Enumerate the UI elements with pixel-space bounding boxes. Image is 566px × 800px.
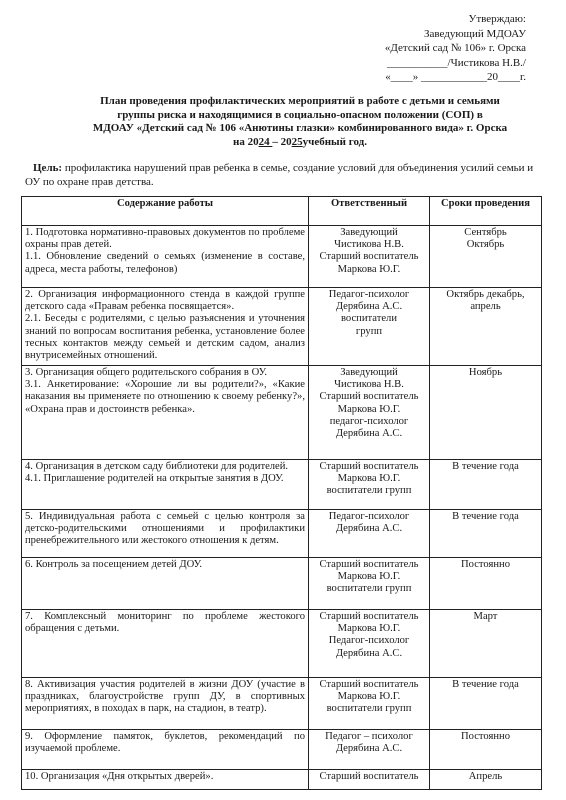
cell-terms: СентябрьОктябрь [430,226,542,288]
cell-responsible: Педагог – психологДерябина А.С. [309,730,430,770]
terms-line: В течение года [433,461,538,473]
cell-work: 1. Подготовка нормативно-правовых докуме… [22,226,309,288]
responsible-line: Маркова Ю.Г. [312,691,426,703]
goal-text: профилактика нарушений прав ребенка в се… [25,162,533,188]
cell-work: 5. Индивидуальная работа с семьей с цель… [22,510,309,558]
responsible-line: Старший воспитатель [312,251,426,263]
responsible-line: Дерябина А.С. [312,648,426,660]
cell-responsible: ЗаведующийЧистикова Н.В.Старший воспитат… [309,226,430,288]
cell-responsible: Старший воспитательМаркова Ю.Г.воспитате… [309,460,430,510]
title-line-year: на 2024 – 2025учебный год. [60,136,540,150]
terms-line: Апрель [433,771,538,783]
work-paragraph: 7. Комплексный мониторинг по проблеме же… [25,611,305,635]
terms-line: В течение года [433,511,538,523]
cell-responsible: Старший воспитательМаркова Ю.Г.воспитате… [309,678,430,730]
terms-line: В течение года [433,679,538,691]
plan-table: Содержание работы Ответственный Сроки пр… [21,196,542,790]
responsible-line: воспитатели групп [312,583,426,595]
table-row: 10. Организация «Дня открытых дверей».Ст… [22,770,542,790]
cell-work: 6. Контроль за посещением детей ДОУ. [22,558,309,610]
header-work: Содержание работы [22,197,309,226]
table-row: 8. Активизация участия родителей в жизни… [22,678,542,730]
table-row: 3. Организация общего родительского собр… [22,366,542,460]
header-terms: Сроки проведения [430,197,542,226]
terms-line: апрель [433,301,538,313]
table-row: 6. Контроль за посещением детей ДОУ.Стар… [22,558,542,610]
work-paragraph: 1.1. Обновление сведений о семьях (измен… [25,251,305,275]
table-row: 7. Комплексный мониторинг по проблеме же… [22,610,542,678]
terms-line: Сентябрь [433,227,538,239]
work-paragraph: 10. Организация «Дня открытых дверей». [25,771,305,783]
cell-work: 9. Оформление памяток, буклетов, рекомен… [22,730,309,770]
responsible-line: воспитатели групп [312,703,426,715]
cell-responsible: ЗаведующийЧистикова Н.В.Старший воспитат… [309,366,430,460]
cell-work: 4. Организация в детском саду библиотеки… [22,460,309,510]
work-paragraph: 6. Контроль за посещением детей ДОУ. [25,559,305,571]
approval-line: «Детский сад № 106» г. Орска [385,41,526,56]
approval-block: Утверждаю: Заведующий МДОАУ «Детский сад… [385,12,526,85]
responsible-line: Педагог-психолог [312,511,426,523]
responsible-line: Старший воспитатель [312,679,426,691]
title-line: МДОАУ «Детский сад № 106 «Анютины глазки… [60,122,540,136]
cell-responsible: Старший воспитательМаркова Ю.Г.воспитате… [309,558,430,610]
terms-line: Октябрь [433,239,538,251]
responsible-line: Дерябина А.С. [312,523,426,535]
table-row: 5. Индивидуальная работа с семьей с цель… [22,510,542,558]
approval-line: «____» ____________20____г. [385,70,526,85]
table-row: 1. Подготовка нормативно-правовых докуме… [22,226,542,288]
responsible-line: Дерябина А.С. [312,743,426,755]
approval-line: ___________/Чистикова Н.В./ [385,56,526,71]
responsible-line: Педагог-психолог [312,289,426,301]
work-paragraph: 3. Организация общего родительского собр… [25,367,305,379]
responsible-line: Педагог – психолог [312,731,426,743]
responsible-line: Старший воспитатель [312,461,426,473]
responsible-line: Старший воспитатель [312,771,426,783]
work-paragraph: 4.1. Приглашение родителей на открытые з… [25,473,305,485]
responsible-line: Маркова Ю.Г. [312,404,426,416]
approval-line: Заведующий МДОАУ [385,27,526,42]
cell-terms: Ноябрь [430,366,542,460]
document-title: План проведения профилактических меропри… [60,95,540,149]
cell-terms: Постоянно [430,730,542,770]
cell-responsible: Педагог-психологДерябина А.С. [309,510,430,558]
cell-terms: Март [430,610,542,678]
table-row: 2. Организация информационного стенда в … [22,288,542,366]
approval-line: Утверждаю: [385,12,526,27]
cell-work: 8. Активизация участия родителей в жизни… [22,678,309,730]
responsible-line: воспитатели [312,313,426,325]
cell-terms: Постоянно [430,558,542,610]
cell-work: 7. Комплексный мониторинг по проблеме же… [22,610,309,678]
cell-terms: В течение года [430,678,542,730]
terms-line: Постоянно [433,559,538,571]
cell-work: 2. Организация информационного стенда в … [22,288,309,366]
responsible-line: Маркова Ю.Г. [312,264,426,276]
cell-work: 10. Организация «Дня открытых дверей». [22,770,309,790]
work-paragraph: 5. Индивидуальная работа с семьей с цель… [25,511,305,548]
terms-line: Постоянно [433,731,538,743]
terms-line: Октябрь декабрь, [433,289,538,301]
responsible-line: групп [312,326,426,338]
cell-responsible: Старший воспитатель [309,770,430,790]
work-paragraph: 9. Оформление памяток, буклетов, рекомен… [25,731,305,755]
cell-terms: Октябрь декабрь,апрель [430,288,542,366]
goal-label: Цель: [25,162,62,174]
work-paragraph: 3.1. Анкетирование: «Хорошие ли вы родит… [25,379,305,416]
responsible-line: Педагог-психолог [312,635,426,647]
responsible-line: Дерябина А.С. [312,301,426,313]
cell-responsible: Педагог-психологДерябина А.С.воспитатели… [309,288,430,366]
work-paragraph: 1. Подготовка нормативно-правовых докуме… [25,227,305,251]
responsible-line: воспитатели групп [312,485,426,497]
table-row: 4. Организация в детском саду библиотеки… [22,460,542,510]
header-responsible: Ответственный [309,197,430,226]
responsible-line: Дерябина А.С. [312,428,426,440]
responsible-line: педагог-психолог [312,416,426,428]
cell-terms: Апрель [430,770,542,790]
responsible-line: Маркова Ю.Г. [312,571,426,583]
terms-line: Ноябрь [433,367,538,379]
responsible-line: Старший воспитатель [312,611,426,623]
responsible-line: Старший воспитатель [312,559,426,571]
responsible-line: Заведующий [312,227,426,239]
goal-paragraph: Цель: профилактика нарушений прав ребенк… [25,161,545,189]
terms-line: Март [433,611,538,623]
cell-work: 3. Организация общего родительского собр… [22,366,309,460]
work-paragraph: 2. Организация информационного стенда в … [25,289,305,313]
table-header-row: Содержание работы Ответственный Сроки пр… [22,197,542,226]
responsible-line: Чистикова Н.В. [312,239,426,251]
cell-responsible: Старший воспитательМаркова Ю.Г.Педагог-п… [309,610,430,678]
title-line: План проведения профилактических меропри… [60,95,540,109]
responsible-line: Заведующий [312,367,426,379]
table-row: 9. Оформление памяток, буклетов, рекомен… [22,730,542,770]
work-paragraph: 8. Активизация участия родителей в жизни… [25,679,305,716]
cell-terms: В течение года [430,510,542,558]
work-paragraph: 2.1. Беседы с родителями, с целью разъяс… [25,313,305,362]
responsible-line: Маркова Ю.Г. [312,473,426,485]
cell-terms: В течение года [430,460,542,510]
responsible-line: Старший воспитатель [312,391,426,403]
title-line: группы риска и находящимися в социально-… [60,109,540,123]
responsible-line: Маркова Ю.Г. [312,623,426,635]
responsible-line: Чистикова Н.В. [312,379,426,391]
work-paragraph: 4. Организация в детском саду библиотеки… [25,461,305,473]
